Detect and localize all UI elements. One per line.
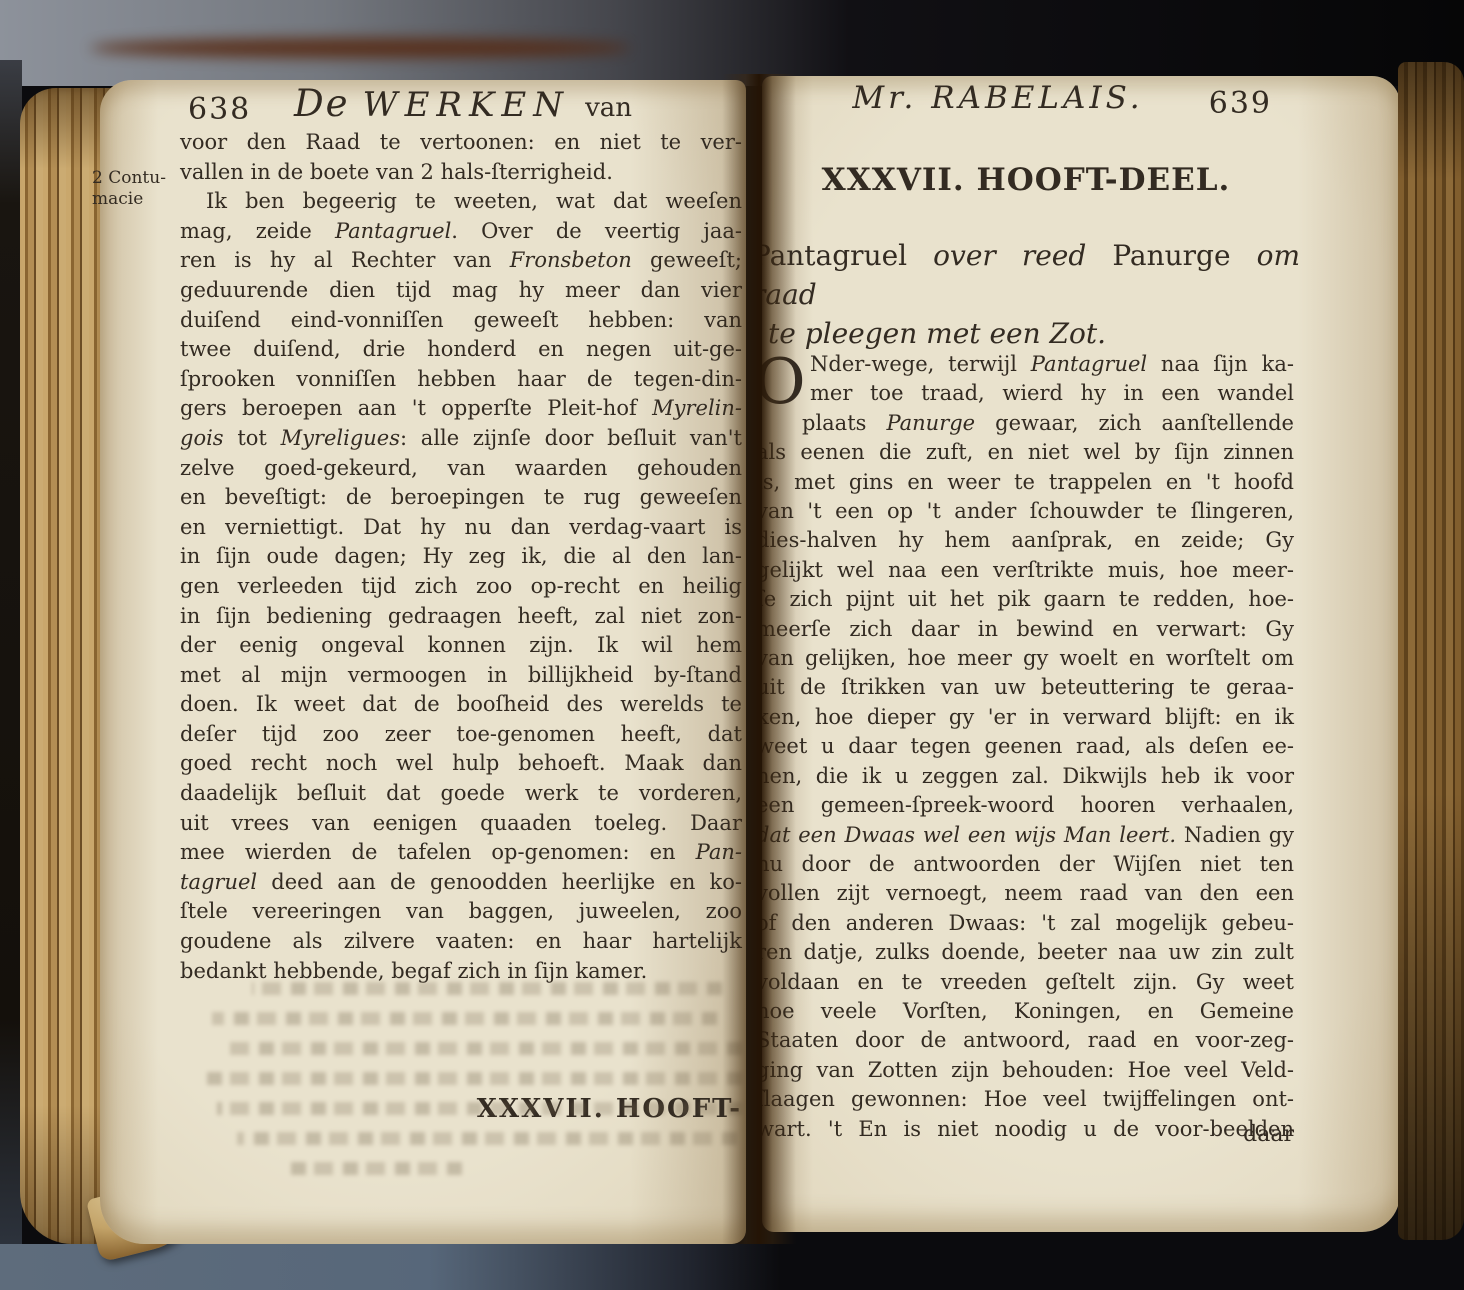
text-line: vollen zijt vernoegt, neem raad van den … [762,879,1294,908]
text-line: hoe veele Vorſten, Koningen, en Gemeine [762,997,1294,1026]
text-line: daadelijk beſluit dat goede werk te vord… [180,779,742,809]
header-word-werken: WERKEN [363,85,570,125]
showthrough-line [282,1162,462,1175]
text-line: een gemeen-ſpreek-woord hooren verhaalen… [762,791,1294,820]
text-line: uit vrees van eenigen quaaden toeleg. Da… [180,809,742,839]
text-line: en beveſtigt: de beroepingen te rug gewe… [180,483,742,513]
right-running-header: Mr. RABELAIS. 639 [762,80,1296,116]
showthrough-line [222,1042,742,1055]
text-line: ging van Zotten zijn behouden: Hoe veel … [762,1056,1294,1085]
right-catchword: daar [762,1122,1294,1147]
right-body-text: Nder-wege, terwijl Pantagruel naa ſijn k… [762,350,1294,1144]
margin-note-contumacie: 2 Contu-macie [92,168,170,210]
text-line: van 't een op 't ander ſchouwder te ſlin… [762,497,1294,526]
text-line: ken, hoe dieper gy 'er in verward blijft… [762,703,1294,732]
text-line: ren is hy al Rechter van Fronsbeton gewe… [180,246,742,276]
text-line: ſprooken vonniſſen hebben haar de tegen-… [180,365,742,395]
text-line: doen. Ik weet dat de booſheid des wereld… [180,690,742,720]
text-line: van gelijken, hoe meer gy woelt en worſt… [762,644,1294,673]
showthrough-line [202,1072,742,1085]
text-line: goed recht noch wel hulp behoeft. Maak d… [180,749,742,779]
text-line: in ſijn bediening gedraagen heeft, zal n… [180,602,742,632]
text-line: deſer tijd zoo zeer toe-genomen heeft, d… [180,720,742,750]
page-block-right-edge [1398,62,1464,1240]
showthrough-ghost-block [192,982,752,1192]
text-line: plaats Panurge gewaar, zich aanſtellende [762,409,1294,438]
text-line: Ik ben begeerig te weeten, wat dat weeſe… [180,187,742,217]
left-header-title: De WERKEN van [180,82,746,125]
showthrough-line [217,1102,742,1115]
text-line: gelijkt wel naa een verſtrikte muis, hoe… [762,556,1294,585]
text-line: 2 Contu- [92,168,170,189]
text-line: ſtele vereeringen van baggen, juweelen, … [180,897,742,927]
text-line: Pantagruel over reed Panurge om raad [762,236,1300,314]
text-line: mer toe traad, wierd hy in een wandel [762,379,1294,408]
text-line: weet u daar tegen geenen raad, als deſen… [762,732,1294,761]
text-line: gers beroepen aan 't opperſte Pleit-hof … [180,394,742,424]
text-line: en verniettigt. Dat hy nu dan verdag-vaa… [180,513,742,543]
book-photo: 638 De WERKEN van 2 Contu-macie voor den… [0,0,1464,1290]
text-line: mag, zeide Pantagruel. Over de veertig j… [180,217,742,247]
text-line: gois tot Myreligues: alle zijnſe door be… [180,424,742,454]
text-line: of den anderen Dwaas: 't zal mogelijk ge… [762,909,1294,938]
showthrough-line [237,1132,737,1145]
text-line: ren datje, zulks doende, beeter naa uw z… [762,938,1294,967]
header-word-de: De [294,82,350,125]
background-left-edge [0,60,22,1260]
chapter-heading: XXXVII. HOOFT-DEEL. [762,162,1296,198]
text-line: ſe zich pijnt uit het pik gaarn te redde… [762,585,1294,614]
text-line: twee duiſend, drie honderd en negen uit-… [180,335,742,365]
text-line: der eenig ongeval konnen zijn. Ik wil he… [180,631,742,661]
text-line: Nder-wege, terwijl Pantagruel naa ſijn k… [762,350,1294,379]
text-line: voor den Raad te vertoonen: en niet te v… [180,128,742,158]
text-line: mee wierden de tafelen op-genomen: en Pa… [180,838,742,868]
text-line: nu door de antwoorden der Wijſen niet te… [762,850,1294,879]
text-line: is, met gins en weer te trappelen en 't … [762,468,1294,497]
left-page: 638 De WERKEN van 2 Contu-macie voor den… [100,80,746,1244]
text-line: nen, die ik u zeggen zal. Dikwijls heb i… [762,762,1294,791]
text-line: gen verleeden tijd zich zoo op-recht en … [180,572,742,602]
showthrough-line [212,1012,717,1025]
left-body-text: voor den Raad te vertoonen: en niet te v… [180,128,742,986]
header-word-van: van [585,93,632,123]
text-line: ſlaagen gewonnen: Hoe veel twijffelingen… [762,1085,1294,1114]
text-line: tagruel deed aan de genoodden heerlijke … [180,868,742,898]
text-line: duiſend eind-vonniſſen geweeſt hebben: v… [180,306,742,336]
text-line: dies-halven hy hem aanſprak, en zeide; G… [762,526,1294,555]
text-line: te pleegen met een Zot. [762,314,1300,353]
text-line: Staaten door de antwoord, raad en voor-z… [762,1026,1294,1055]
text-line: dat een Dwaas wel een wijs Man leert. Na… [762,821,1294,850]
chapter-subtitle: Pantagruel over reed Panurge om raadte p… [762,236,1300,353]
text-line: voldaan en te vreeden geſtelt zijn. Gy w… [762,968,1294,997]
left-running-header: 638 De WERKEN van [180,82,746,132]
text-line: geduurende dien tijd mag hy meer dan vie… [180,276,742,306]
text-line: zelve goed-gekeurd, van waarden gehouden [180,454,742,484]
text-line: met al mijn vermoogen in billijkheid by-… [180,661,742,691]
text-line: meerſe zich daar in bewind en verwart: G… [762,615,1294,644]
text-line: als eenen die zuft, en niet wel by ſijn … [762,438,1294,467]
right-page: Mr. RABELAIS. 639 XXXVII. HOOFT-DEEL. Pa… [762,76,1400,1232]
book-spine-edge-streak [90,38,630,58]
text-line: uit de ſtrikken van uw beteuttering te g… [762,673,1294,702]
showthrough-line [252,982,722,995]
text-line: goudene als zilvere vaaten: en haar hart… [180,927,742,957]
text-line: vallen in de boete van 2 hals-ſterrighei… [180,158,742,188]
text-line: in ſijn oude dagen; Hy zeg ik, die al de… [180,542,742,572]
text-line: macie [92,189,170,210]
right-page-number: 639 [1209,86,1272,121]
